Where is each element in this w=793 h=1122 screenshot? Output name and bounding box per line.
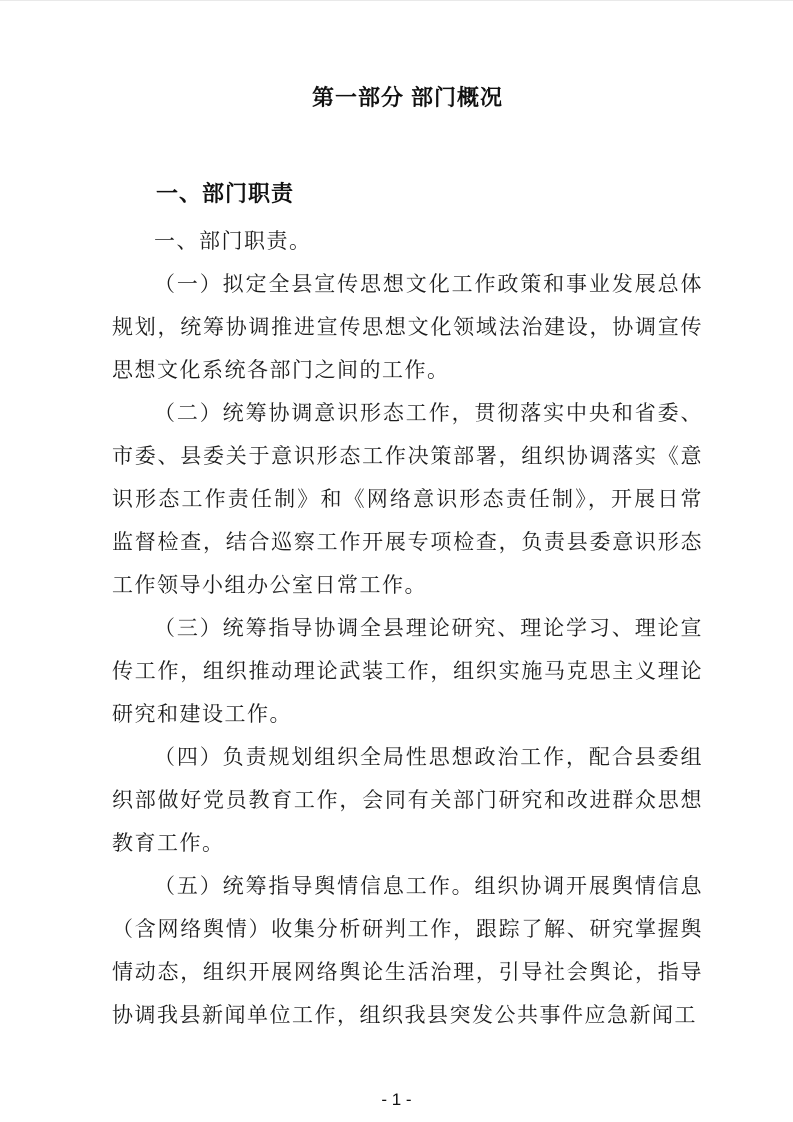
page-number: - 1 -	[0, 1090, 793, 1110]
paragraph: （五）统筹指导舆情信息工作。组织协调开展舆情信息（含网络舆情）收集分析研判工作，…	[112, 865, 703, 1037]
paragraph: 一、部门职责。	[112, 220, 703, 263]
paragraph: （一）拟定全县宣传思想文化工作政策和事业发展总体规划，统筹协调推进宣传思想文化领…	[112, 263, 703, 392]
document-title: 第一部分 部门概况	[112, 85, 703, 111]
paragraph: （三）统筹指导协调全县理论研究、理论学习、理论宣传工作，组织推动理论武装工作，组…	[112, 607, 703, 736]
paragraph: （四）负责规划组织全局性思想政治工作，配合县委组织部做好党员教育工作，会同有关部…	[112, 736, 703, 865]
page-body: 第一部分 部门概况 一、部门职责 一、部门职责。（一）拟定全县宣传思想文化工作政…	[0, 1, 793, 1122]
paragraph: （二）统筹协调意识形态工作，贯彻落实中央和省委、市委、县委关于意识形态工作决策部…	[112, 392, 703, 607]
section-heading: 一、部门职责	[112, 181, 703, 207]
document-page: { "document": { "title": "第一部分 部门概况", "s…	[0, 0, 793, 1122]
body-paragraphs: 一、部门职责。（一）拟定全县宣传思想文化工作政策和事业发展总体规划，统筹协调推进…	[112, 220, 703, 1037]
